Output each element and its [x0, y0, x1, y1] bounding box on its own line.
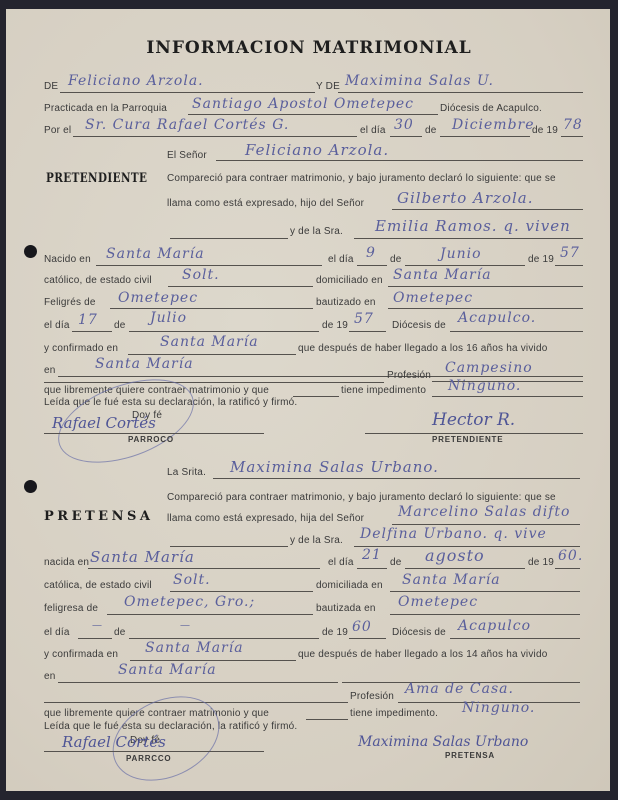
pretensa-bautismo-anio-value[interactable]: 60 [352, 619, 372, 635]
nacida-dia-line [357, 568, 387, 569]
y-de-value[interactable]: Maximina Salas U. [345, 73, 494, 89]
pretensa-bautismo-dia-label: el día [44, 627, 70, 638]
diocesis-line [450, 331, 583, 332]
domicilio-line [388, 286, 583, 287]
pretensa-padre-line [392, 524, 580, 525]
profesion-label: Profesión [387, 370, 431, 381]
confirmada-label: y confirmada en [44, 649, 118, 660]
nacido-mes-line [405, 265, 525, 266]
senor-label: El Señor [167, 150, 207, 161]
estado-value[interactable]: Solt. [182, 267, 220, 283]
srita-label: La Srita. [167, 467, 206, 478]
punch-hole-top [24, 245, 37, 258]
pretensa-vivido-line [58, 682, 338, 683]
pretensa-label: PRETENSA [445, 751, 495, 760]
nacida-de-label: de [390, 557, 402, 568]
vivido-line [58, 376, 583, 377]
bautizado-label: bautizado en [316, 297, 376, 308]
pretensa-comparecio: Compareció para contraer matrimonio, y b… [167, 492, 556, 503]
diocesis-label: Diócesis de Acapulco. [440, 103, 542, 114]
madre-line [354, 238, 583, 239]
el-dia-label: el día [360, 125, 386, 136]
pretensa-heading: PRETENSA [44, 509, 153, 524]
pretendiente-madre[interactable]: Emilia Ramos. q. viven [375, 217, 571, 235]
dia-line [390, 136, 422, 137]
pretensa-vivido-en-label: en [44, 671, 56, 682]
mes-value[interactable]: Diciembre [452, 117, 535, 133]
parroquia-line [188, 114, 438, 115]
confirmada-line [130, 660, 296, 661]
pretensa-domicilio-value[interactable]: Santa María [402, 572, 501, 588]
pretendiente-heading: PRETENDIENTE [46, 171, 147, 186]
parroquia-value[interactable]: Santiago Apostol Ometepec [192, 96, 414, 112]
pretensa-bautismo-anio-line [349, 638, 386, 639]
padre-line [392, 209, 583, 210]
y-de-line [338, 92, 583, 93]
pretensa-profesion-value[interactable]: Ama de Casa. [405, 681, 514, 697]
diocesis-label-pret: Diócesis de [392, 320, 446, 331]
feligresa-line [107, 614, 313, 615]
pretensa-hija-label: llama como está expresado, hija del Seño… [167, 513, 364, 524]
feligresa-value[interactable]: Ometepec, Gro.; [124, 594, 255, 610]
pretensa-impedimento-label: tiene impedimento. [350, 708, 438, 719]
parroco-sign-line [44, 433, 264, 434]
vivido-en-label: en [44, 365, 56, 376]
parroco-signature: Rafael Cortés [52, 414, 156, 432]
bautizado-line [388, 308, 583, 309]
diocesis-value[interactable]: Acapulco. [458, 310, 536, 326]
por-el-line [73, 136, 357, 137]
bautismo-anio-value[interactable]: 57 [354, 311, 374, 327]
pretendiente-padre[interactable]: Gilberto Arzola. [397, 189, 534, 207]
nacida-dia-label: el día [328, 557, 354, 568]
nacida-anio-line [555, 568, 580, 569]
bautismo-dia-line [72, 331, 112, 332]
pretendiente-hijo-label: llama como está expresado, hijo del Seño… [167, 198, 364, 209]
pretensa-parroco-sign-line [44, 751, 264, 752]
confirmado-value[interactable]: Santa María [160, 334, 259, 350]
anio-label: de 19 [532, 125, 558, 136]
pretensa-diocesis-value[interactable]: Acapulco [458, 618, 531, 634]
nacido-de-label: de [390, 254, 402, 265]
document-title: INFORMACION MATRIMONIAL [0, 38, 618, 58]
pretendiente-comparecio: Compareció para contraer matrimonio, y b… [167, 173, 556, 184]
nacida-label: nacida en [44, 557, 89, 568]
pretensa-bautismo-anio-label: de 19 [322, 627, 348, 638]
parroco-label: PARROCO [128, 435, 174, 444]
pretendiente-label: PRETENDIENTE [432, 435, 503, 444]
de-line [60, 92, 315, 93]
bautismo-dia-value[interactable]: 17 [78, 312, 98, 328]
pretendiente-sra-label: y de la Sra. [290, 226, 343, 237]
nacido-dia-line [357, 265, 387, 266]
nacida-mes-value[interactable]: agosto [425, 546, 485, 565]
vivido-value[interactable]: Santa María [95, 356, 194, 372]
pretendiente-signature: Hector R. [432, 410, 515, 430]
bautizada-value[interactable]: Ometepec [398, 594, 478, 610]
pretensa-bautismo-dia-line [78, 638, 112, 639]
domicilio-value[interactable]: Santa María [393, 267, 492, 283]
profesion-value[interactable]: Campesino [445, 360, 533, 376]
pretensa-sra-blank-line [170, 546, 288, 547]
nacida-mes-line [405, 568, 525, 569]
que-line [293, 396, 339, 397]
feligres-label: Feligrés de [44, 297, 96, 308]
impedimento-line [432, 396, 583, 397]
feligresa-label: feligresa de [44, 603, 98, 614]
bautismo-anio-label: de 19 [322, 320, 348, 331]
bautismo-anio-line [349, 331, 386, 332]
pretensa-signature: Maximina Salas Urbano [358, 734, 528, 750]
nacido-dia-value[interactable]: 9 [366, 245, 376, 261]
parroquia-label: Practicada en la Parroquia [44, 103, 167, 114]
pretensa-padre[interactable]: Marcelino Salas difto [398, 504, 570, 520]
anio-line [561, 136, 583, 137]
senor-line [216, 160, 583, 161]
por-el-value[interactable]: Sr. Cura Rafael Cortés G. [85, 117, 289, 133]
nacido-value[interactable]: Santa María [106, 246, 205, 262]
confirmado-line [128, 354, 296, 355]
srita-line [213, 478, 580, 479]
nacido-anio-label: de 19 [528, 254, 554, 265]
domicilio-label: domiciliado en [316, 275, 383, 286]
impedimento-label: tiene impedimento [341, 385, 426, 396]
de-value[interactable]: Feliciano Arzola. [68, 73, 204, 89]
nacido-line [96, 265, 322, 266]
pretensa-profesion-label: Profesión [350, 691, 394, 702]
pretensa-estado-line [170, 591, 313, 592]
srita-value[interactable]: Maximina Salas Urbano. [230, 458, 439, 476]
nacida-dia-value[interactable]: 21 [362, 547, 382, 563]
pretensa-estado-label: católica, de estado civil [44, 580, 152, 591]
por-el-label: Por el [44, 125, 71, 136]
pretensa-impedimento-value[interactable]: Ninguno. [462, 700, 535, 716]
pretendiente-sign-line [365, 433, 583, 434]
punch-hole-bottom [24, 480, 37, 493]
nacido-dia-label: el día [328, 254, 354, 265]
nacida-value[interactable]: Santa María [90, 548, 195, 566]
pretensa-bautismo-mes-line [129, 638, 319, 639]
de-label: DE [44, 81, 58, 92]
confirmado-label: y confirmado en [44, 343, 118, 354]
pretensa-diocesis-label: Diócesis de [392, 627, 446, 638]
pretensa-vivido-value[interactable]: Santa María [118, 662, 217, 678]
pretensa-bautismo-de-label: de [114, 627, 126, 638]
impedimento-value[interactable]: Ninguno. [448, 378, 521, 394]
y-de-label: Y DE [316, 81, 340, 92]
pretensa-despues-text: que después de haber llegado a los 14 añ… [298, 649, 547, 660]
pretendiente-sra-blank-line [170, 238, 288, 239]
de-label-2: de [425, 125, 437, 136]
nacido-mes-value[interactable]: Junio [440, 246, 482, 262]
despues-text: que después de haber llegado a los 16 añ… [298, 343, 547, 354]
pretensa-domicilio-label: domiciliada en [316, 580, 383, 591]
bautismo-mes-line [129, 331, 319, 332]
pretensa-domicilio-line [390, 591, 580, 592]
pretensa-diocesis-line [450, 638, 580, 639]
pretensa-sra-label: y de la Sra. [290, 535, 343, 546]
confirmada-value[interactable]: Santa María [145, 640, 244, 656]
nacido-anio-value[interactable]: 57 [560, 245, 580, 261]
pretensa-madre[interactable]: Delfina Urbano. q. vive [360, 526, 547, 542]
bautizada-label: bautizada en [316, 603, 376, 614]
bautizado-value[interactable]: Ometepec [393, 290, 473, 306]
nacida-anio-value[interactable]: 60. [558, 548, 583, 564]
nacido-anio-line [555, 265, 583, 266]
nacida-anio-label: de 19 [528, 557, 554, 568]
nacida-line [88, 568, 320, 569]
mes-line [440, 136, 530, 137]
bautismo-de-label: de [114, 320, 126, 331]
nacido-label: Nacido en [44, 254, 91, 265]
bautismo-mes-value[interactable]: Julio [150, 310, 187, 326]
pretensa-que-line [306, 719, 348, 720]
feligres-value[interactable]: Ometepec [118, 290, 198, 306]
pretensa-estado-value[interactable]: Solt. [173, 572, 211, 588]
pretensa-bautismo-dia-value[interactable]: — [92, 620, 103, 631]
profesion-blank-line [44, 382, 384, 383]
pretensa-parroco-label: PARRCCO [126, 754, 171, 763]
bautismo-dia-label: el día [44, 320, 70, 331]
bautizada-line [390, 614, 580, 615]
estado-line [168, 286, 313, 287]
pretensa-parroco-signature: Rafael Cortés [62, 733, 166, 751]
anio-value[interactable]: 78 [563, 117, 583, 133]
dia-value[interactable]: 30 [394, 117, 414, 133]
pretensa-bautismo-mes-value[interactable]: — [180, 620, 191, 631]
estado-label: católico, de estado civil [44, 275, 152, 286]
senor-value[interactable]: Feliciano Arzola. [245, 141, 389, 159]
feligres-line [110, 308, 313, 309]
